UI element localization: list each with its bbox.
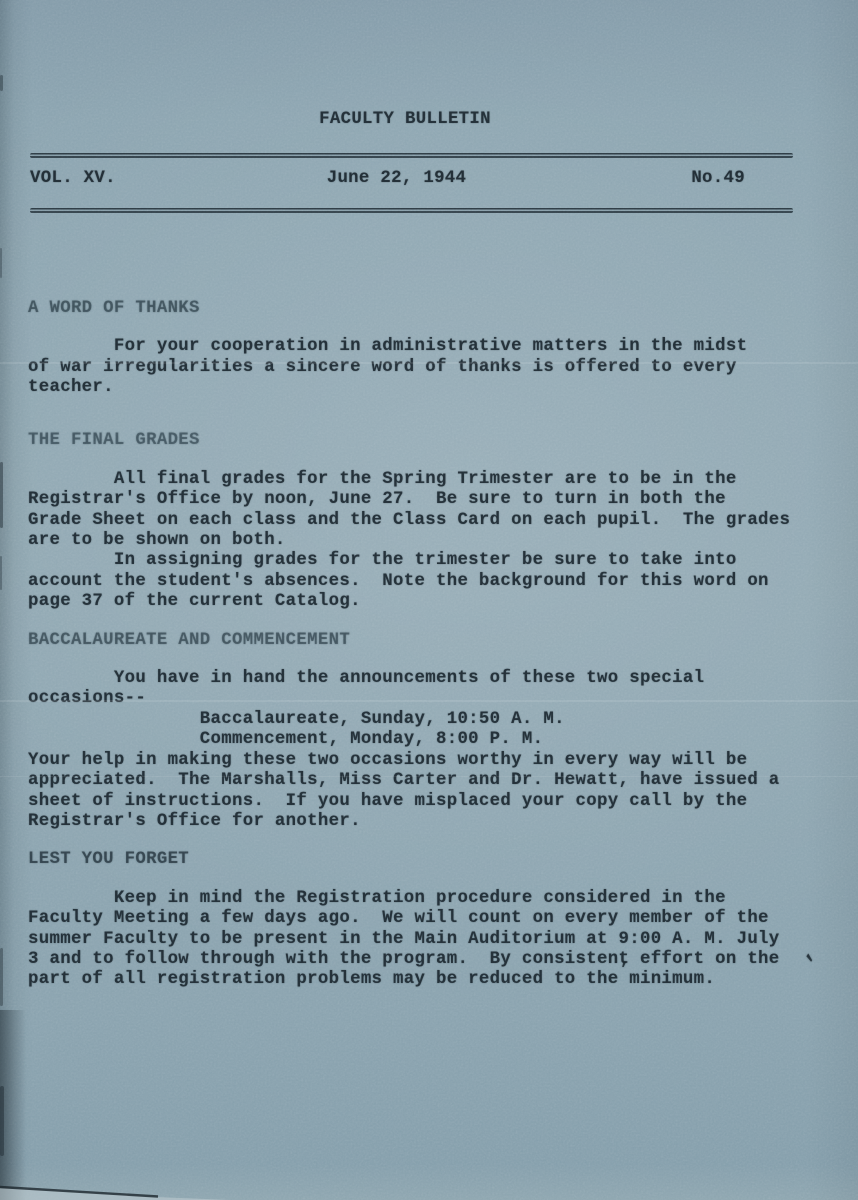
issue-date: June 22, 1944	[327, 169, 467, 189]
horizontal-rule-bottom	[30, 208, 793, 213]
section-word-of-thanks: A WORD OF THANKS For your cooperation in…	[28, 299, 828, 399]
section-body: You have in hand the announcements of th…	[28, 669, 828, 832]
issue-info-row: VOL. XV. June 22, 1944 No.49	[30, 169, 793, 189]
section-body: All final grades for the Spring Trimeste…	[28, 470, 828, 613]
section-final-grades: THE FINAL GRADES All final grades for th…	[28, 431, 828, 612]
bottom-left-shadow	[0, 1010, 26, 1200]
section-body: Keep in mind the Registration procedure …	[28, 889, 828, 991]
scan-edge-artifact	[0, 1086, 4, 1156]
section-heading: LEST YOU FORGET	[28, 850, 828, 870]
scan-edge-artifact	[0, 462, 3, 528]
section-body: For your cooperation in administrative m…	[28, 337, 828, 398]
scan-edge-artifact	[0, 248, 2, 278]
horizontal-rule-top	[30, 153, 793, 158]
page-title: FACULTY BULLETIN	[0, 110, 858, 130]
torn-page-edge	[0, 1184, 230, 1200]
issue-number: No.49	[691, 169, 745, 189]
section-heading: A WORD OF THANKS	[28, 299, 828, 319]
section-lest-you-forget: LEST YOU FORGET Keep in mind the Registr…	[28, 850, 828, 990]
scan-edge-artifact	[0, 948, 3, 1006]
bulletin-page: FACULTY BULLETIN VOL. XV. June 22, 1944 …	[0, 0, 858, 1200]
section-baccalaureate-commencement: BACCALAUREATE AND COMMENCEMENT You have …	[28, 631, 828, 833]
section-heading: THE FINAL GRADES	[28, 431, 828, 451]
scan-edge-artifact	[0, 556, 2, 590]
stray-typo-mark: ,	[620, 951, 631, 971]
bulletin-content: A WORD OF THANKS For your cooperation in…	[28, 299, 828, 991]
section-heading: BACCALAUREATE AND COMMENCEMENT	[28, 631, 828, 651]
masthead: FACULTY BULLETIN VOL. XV. June 22, 1944 …	[0, 0, 858, 213]
volume-label: VOL. XV.	[30, 169, 116, 189]
